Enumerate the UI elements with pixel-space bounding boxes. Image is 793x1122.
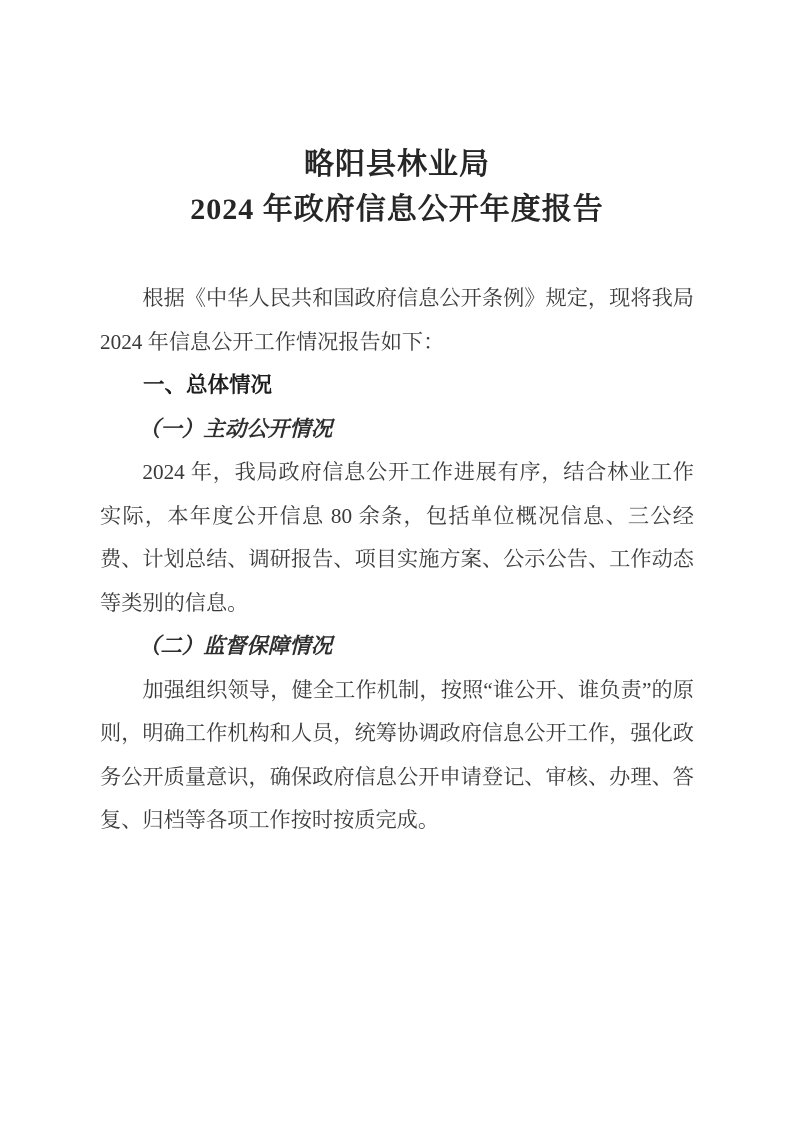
document-page: 略阳县林业局 2024 年政府信息公开年度报告 根据《中华人民共和国政府信息公开… xyxy=(0,0,793,1122)
paragraph-supervision-guarantee: 加强组织领导，健全工作机制，按照“谁公开、谁负责”的原则，明确工作机构和人员，统… xyxy=(100,669,694,843)
title-line-2: 2024 年政府信息公开年度报告 xyxy=(100,187,694,232)
heading-proactive-disclosure: （一）主动公开情况 xyxy=(100,408,694,452)
title-line-1: 略阳县林业局 xyxy=(100,142,694,187)
heading-overall-situation: 一、总体情况 xyxy=(100,364,694,408)
document-body: 根据《中华人民共和国政府信息公开条例》规定，现将我局 2024 年信息公开工作情… xyxy=(100,277,694,843)
paragraph-proactive-disclosure: 2024 年，我局政府信息公开工作进展有序，结合林业工作实际，本年度公开信息 8… xyxy=(100,451,694,625)
document-title: 略阳县林业局 2024 年政府信息公开年度报告 xyxy=(100,142,694,232)
heading-supervision-guarantee: （二）监督保障情况 xyxy=(100,625,694,669)
paragraph-intro: 根据《中华人民共和国政府信息公开条例》规定，现将我局 2024 年信息公开工作情… xyxy=(100,277,694,364)
